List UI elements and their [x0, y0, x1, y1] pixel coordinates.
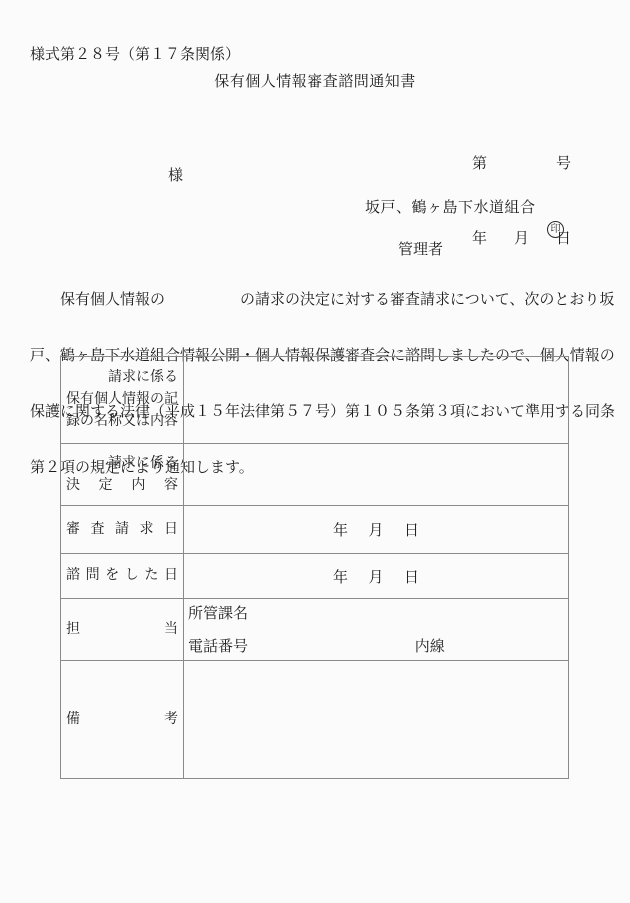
- seal-char: 印: [551, 224, 561, 235]
- table-row-decision: 請求に係る 決定内容: [61, 444, 569, 506]
- contact-division-label: 所管課名: [188, 602, 564, 623]
- table-row-referral-date: 諮問をした日 年 月 日: [61, 554, 569, 599]
- body-line-1: 保有個人情報の の請求の決定に対する審査請求について、次のとおり坂: [30, 289, 615, 311]
- table-row-remarks: 備考: [61, 661, 569, 779]
- form-table: 請求に係る 保有個人情報の記 録の名称又は内容 請求に係る 決定内容 審査請求日…: [60, 356, 569, 779]
- phone-label: 電話番号: [188, 639, 248, 655]
- header-referral-date: 諮問をした日: [61, 554, 184, 599]
- addressee-sama: 様: [168, 164, 183, 185]
- value-referral-date: 年 月 日: [184, 554, 569, 599]
- table-row-record-name: 請求に係る 保有個人情報の記 録の名称又は内容: [61, 357, 569, 444]
- header-request-date: 審査請求日: [61, 506, 184, 554]
- sender-organization: 坂戸、鶴ヶ島下水道組合: [365, 196, 536, 217]
- value-remarks: [184, 661, 569, 779]
- table-row-contact: 担当 所管課名 電話番号 内線: [61, 599, 569, 661]
- table-row-request-date: 審査請求日 年 月 日: [61, 506, 569, 554]
- value-request-date: 年 月 日: [184, 506, 569, 554]
- header-decision: 請求に係る 決定内容: [61, 444, 184, 506]
- value-record-name: [184, 357, 569, 444]
- value-decision: [184, 444, 569, 506]
- contact-phone-line: 電話番号 内線: [188, 635, 564, 656]
- header-record-name: 請求に係る 保有個人情報の記 録の名称又は内容: [61, 357, 184, 444]
- doc-number-line: 第 号: [472, 152, 571, 177]
- document-page: 様式第２８号（第１７条関係） 保有個人情報審査諮問通知書 第 号 年 月 日 様…: [0, 0, 630, 903]
- form-number: 様式第２８号（第１７条関係）: [30, 43, 240, 64]
- value-contact: 所管課名 電話番号 内線: [184, 599, 569, 661]
- extension-label: 内線: [415, 639, 445, 655]
- document-title: 保有個人情報審査諮問通知書: [0, 70, 630, 91]
- seal-icon: 印: [547, 221, 564, 238]
- header-contact: 担当: [61, 599, 184, 661]
- header-remarks: 備考: [61, 661, 184, 779]
